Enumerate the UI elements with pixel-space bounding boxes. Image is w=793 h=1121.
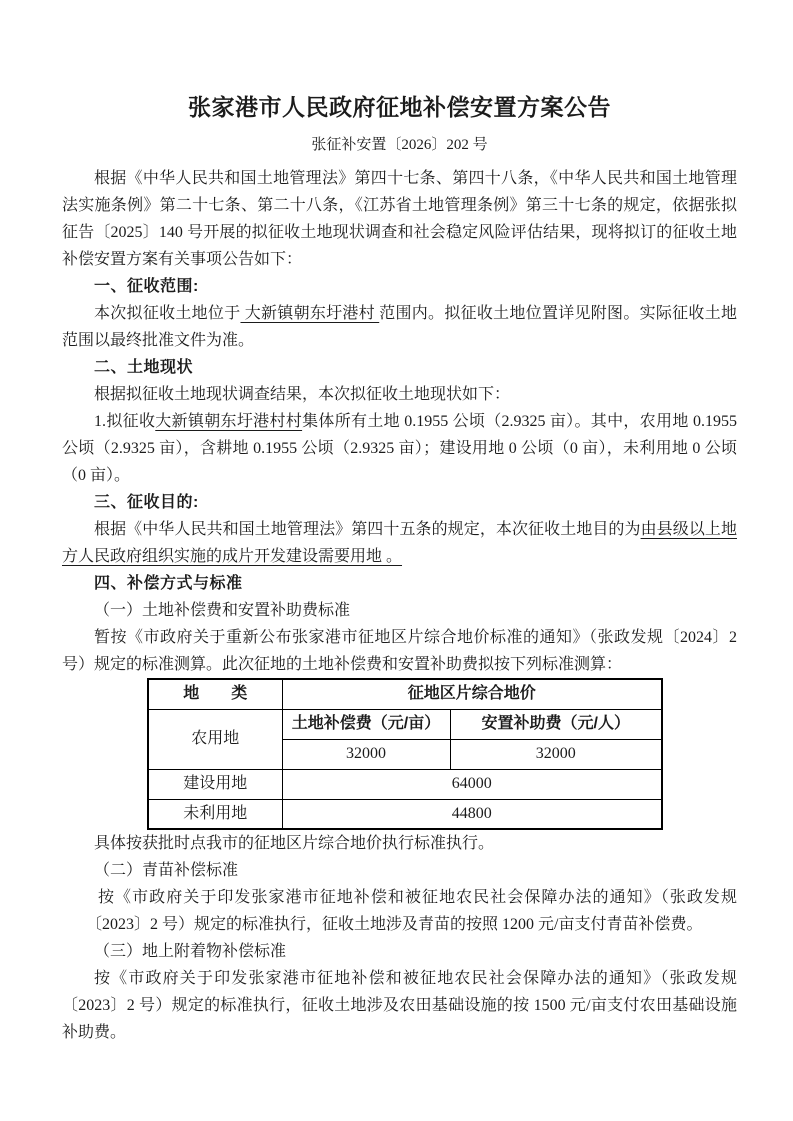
sub-2-paragraph: 按《市政府关于印发张家港市征地补偿和被征地农民社会保障办法的通知》（张政发规〔2… (62, 884, 737, 938)
cell-land-comp-value: 32000 (282, 739, 450, 769)
announcement-page: 张家港市人民政府征地补偿安置方案公告 张征补安置〔2026〕202 号 根据《中… (0, 0, 793, 1121)
document-body: 根据《中华人民共和国土地管理法》第四十七条、第四十八条，《中华人民共和国土地管理… (62, 165, 737, 1046)
document-title: 张家港市人民政府征地补偿安置方案公告 (62, 92, 737, 124)
table-note: 具体按获批时点我市的征地区片综合地价执行标准执行。 (62, 830, 737, 857)
table-header-row: 地 类 征地区片综合地价 (148, 679, 662, 709)
sub-3-paragraph: 按《市政府关于印发张家港市征地补偿和被征地农民社会保障办法的通知》（张政发规〔2… (62, 965, 737, 1046)
intro-paragraph: 根据《中华人民共和国土地管理法》第四十七条、第四十八条，《中华人民共和国土地管理… (62, 165, 737, 273)
section-2-intro: 根据拟征收土地现状调查结果，本次拟征收土地现状如下： (62, 381, 737, 408)
section-1-text-before: 本次拟征收土地位于 (94, 305, 240, 322)
compensation-table: 地 类 征地区片综合地价 农用地 土地补偿费（元/亩） 安置补助费（元/人） 3… (147, 678, 663, 830)
page-content: 张家港市人民政府征地补偿安置方案公告 张征补安置〔2026〕202 号 根据《中… (0, 92, 793, 1046)
cell-resettle-value: 32000 (450, 739, 662, 769)
sub-3-heading: （三）地上附着物补偿标准 (62, 938, 737, 965)
table-row-unused: 未利用地 44800 (148, 799, 662, 829)
table-header-land-comp: 土地补偿费（元/亩） (282, 709, 450, 739)
sub-1-paragraph: 暂按《市政府关于重新公布张家港市征地区片综合地价标准的通知》（张政发规〔2024… (62, 624, 737, 678)
table-header-resettle: 安置补助费（元/人） (450, 709, 662, 739)
sub-1-heading: （一）土地补偿费和安置补助费标准 (62, 597, 737, 624)
cell-unused-label: 未利用地 (148, 799, 282, 829)
document-number: 张征补安置〔2026〕202 号 (62, 133, 737, 157)
section-3-text-before: 根据《中华人民共和国土地管理法》第四十五条的规定，本次征收土地目的为 (94, 521, 641, 538)
section-2-heading: 二、土地现状 (62, 354, 737, 381)
cell-agricultural-label: 农用地 (148, 709, 282, 769)
section-2-item: 1.拟征收大新镇朝东圩港村村集体所有土地 0.1955 公顷（2.9325 亩）… (62, 408, 737, 489)
section-2-item-prefix: 1.拟征收 (94, 413, 155, 430)
table-header-land-class: 地 类 (148, 679, 282, 709)
sub-2-heading: （二）青苗补偿标准 (62, 857, 737, 884)
cell-unused-value: 44800 (282, 799, 662, 829)
section-4-heading: 四、补偿方式与标准 (62, 570, 737, 597)
section-3-paragraph: 根据《中华人民共和国土地管理法》第四十五条的规定，本次征收土地目的为由县级以上地… (62, 516, 737, 570)
location-underline: 大新镇朝东圩港村 (240, 305, 379, 322)
table-header-price: 征地区片综合地价 (282, 679, 662, 709)
village-underline: 大新镇朝东圩港村村 (155, 413, 302, 430)
section-1-paragraph: 本次拟征收土地位于 大新镇朝东圩港村 范围内。拟征收土地位置详见附图。实际征收土… (62, 300, 737, 354)
table-row-construction: 建设用地 64000 (148, 769, 662, 799)
cell-construction-label: 建设用地 (148, 769, 282, 799)
section-3-heading: 三、征收目的: (62, 489, 737, 516)
table-subheader-row: 农用地 土地补偿费（元/亩） 安置补助费（元/人） (148, 709, 662, 739)
section-1-heading: 一、征收范围: (62, 273, 737, 300)
cell-construction-value: 64000 (282, 769, 662, 799)
